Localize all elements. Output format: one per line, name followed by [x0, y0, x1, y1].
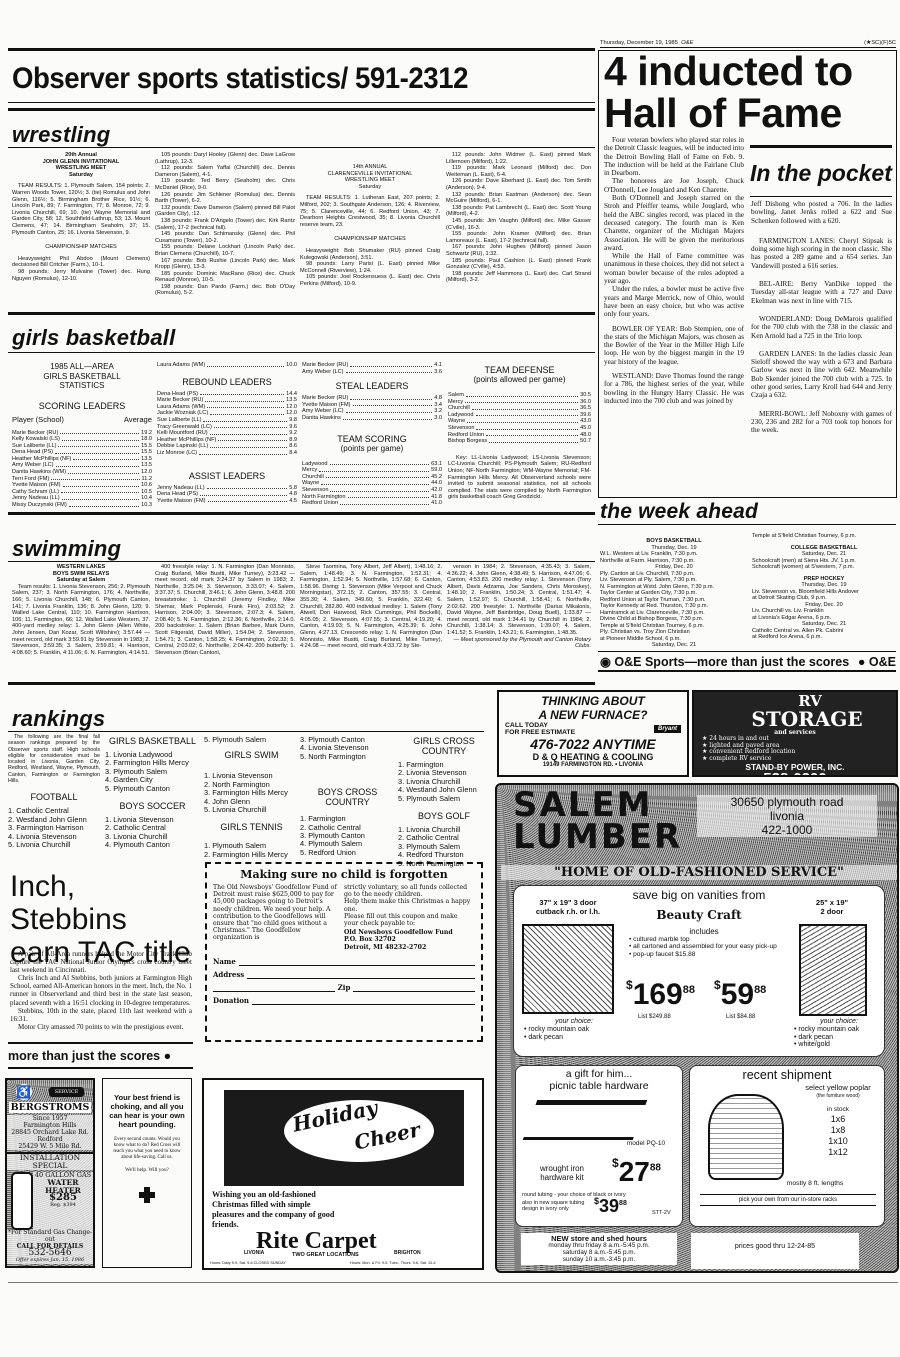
address-line: Detroit, MI 48232-2702 — [344, 944, 472, 951]
rebound-leaders-list: Dena Head (PS)14.4Marie Becker (RU)13.5L… — [157, 391, 297, 457]
salem-contact: 30650 plymouth road livonia 422-1000 — [697, 795, 877, 837]
pocket-paragraph: FARMINGTON LANES: Cheryl Stipsak is doin… — [751, 237, 892, 270]
stat-value: 44.0 — [431, 480, 442, 487]
gb-col-3: Marie Becker (RU)4.1Amy Weber (LC)3.6 ST… — [302, 362, 442, 507]
locations-label: TWO GREAT LOCATIONS — [292, 1252, 359, 1258]
stat-value: 39.6 — [580, 412, 591, 419]
bergstroms-logo: BERGSTROMS — [9, 1102, 91, 1113]
salem-address: 30650 plymouth road — [697, 795, 877, 809]
match-result: 155 pounds: John Kramer (Milford) dec. B… — [446, 231, 591, 244]
hall-of-fame-headline: 4 inducted to Hall of Fame — [604, 50, 896, 134]
stat-value: 42.0 — [431, 487, 442, 494]
rank-list-boys-soccer: 1. Livonia Stevenson2. Catholic Central3… — [105, 816, 200, 850]
week-ahead-rule — [598, 524, 896, 525]
water-heater-offer: 40 GALLON GAS WATER HEATER $285 Reg. $39… — [7, 1172, 93, 1230]
stat-row: Liz Monroe (LC)8.4 — [157, 450, 297, 457]
stat-name: Wayne — [448, 418, 465, 425]
stat-value: 4.5 — [289, 498, 297, 505]
shipment-paren: (the furniture wood) — [794, 1092, 882, 1100]
price-dollars: 39 — [599, 1196, 619, 1216]
assist-leaders-heading: ASSIST LEADERS — [157, 471, 297, 481]
coupon-form: Name Address Zip Donation — [213, 957, 475, 1005]
gift-subtitle: picnic table hardware — [516, 1080, 682, 1092]
banner-text: O&E Sports—more than just the scores — [614, 655, 849, 669]
stat-row: Amy Weber (LC)3.6 — [302, 369, 442, 376]
include-item: pop-up faucet $15.88 — [633, 951, 695, 958]
stat-value: 36.0 — [580, 399, 591, 406]
story-paragraph: Both O'Donnell and Joseph starred on the… — [604, 194, 744, 252]
stat-row: Danita Hawkins3.0 — [302, 415, 442, 422]
heading-line: Saturday at Salem — [12, 577, 150, 584]
heading-line: WRESTLING MEET — [300, 177, 440, 184]
livonia-hours: Hours: Daily 9-9, Sat. 9-6 CLOSED SUNDAY — [210, 1261, 286, 1265]
stat-value: 3.6 — [434, 369, 442, 376]
pocket-paragraph: GARDEN LANES: In the ladies classic Jean… — [751, 350, 892, 400]
stat-row: Redford Union41.0 — [302, 500, 442, 507]
schedule-item: Temple at S'field Christian Tourney, 6 p… — [752, 533, 896, 540]
heading-line: CLARENCEVILLE INVITATIONAL — [300, 171, 440, 178]
stat-value: 10.4 — [141, 495, 152, 502]
stat-row: Marie Becker (RU)19.2 — [12, 430, 152, 437]
price-dollars: 27 — [619, 1156, 650, 1187]
heading-line: Saturday — [300, 184, 440, 191]
stat-value: 63.1 — [431, 461, 442, 468]
banner-tag: O&E — [869, 655, 896, 669]
ad-callout: CALL TODAYFOR FREE ESTIMATE Bryant — [499, 722, 687, 736]
price-dollars: 59 — [721, 978, 754, 1011]
stat-name: Stevenson — [448, 425, 474, 432]
service-van-icon: SERVICE — [49, 1087, 85, 1097]
address-line: 25429 W. 5 Mile Rd. — [7, 1143, 93, 1150]
masthead-rule-top — [8, 48, 595, 51]
stat-name: Laura Adams (WM) — [157, 404, 205, 411]
goodfellow-coupon: Making sure no child is forgotten The Ol… — [205, 862, 483, 1042]
choice-label: your choice: — [524, 1018, 624, 1026]
bullet-icon: ● — [858, 655, 866, 669]
stat-name: Amy Weber (LC) — [12, 462, 54, 469]
stat-row: Marie Becker (RU)4.1 — [302, 362, 442, 369]
stat-value: 4.8 — [434, 395, 442, 402]
rv-storage-ad: RV STORAGE and services ★ 24 hours in an… — [692, 690, 898, 777]
pocket-paragraph: Jeff Dishong who posted a 706. In the la… — [751, 200, 892, 225]
stat-row: Stevenson42.0 — [302, 487, 442, 494]
rank-tennis-tail: 3. Plymouth Canton4. Livonia Stevenson5.… — [300, 736, 395, 761]
price-59: $5988 — [714, 978, 766, 1012]
match-result: 167 pounds: Bob Rushie (Lincoln Park) de… — [155, 258, 295, 271]
rank-item: 5. Plymouth Salem — [398, 795, 490, 803]
picnic-hardware-panel: a gift for him... picnic table hardware … — [515, 1065, 683, 1227]
stat-name: Redford Union — [302, 500, 338, 507]
zip-field[interactable] — [353, 984, 475, 992]
lumber-size: 1x8 — [794, 1125, 882, 1136]
location-line: Redford — [7, 1136, 93, 1143]
stat-row: Wayne43.0 — [448, 418, 591, 425]
rank-item: 5. Livonia Churchill — [8, 841, 100, 849]
stat-name: Jenny Nadeau (LL) — [12, 495, 60, 502]
stat-value: 3.2 — [434, 408, 442, 415]
pocket-rule — [750, 145, 892, 148]
girls-basketball-section-title: girls basketball — [12, 325, 175, 351]
offer-expires: Offer expires Jan. 15, 1986 — [7, 1257, 93, 1264]
stat-value: 15.5 — [141, 443, 152, 450]
rank-heading-boys-golf: BOYS GOLF — [398, 811, 490, 821]
bergstroms-locations: Since 1957 Farmington Hills 28845 Orchar… — [7, 1115, 93, 1150]
week-ahead-col-2: Temple at S'field Christian Tourney, 6 p… — [752, 533, 896, 641]
banner-rule-top — [598, 651, 896, 652]
feature-line: ★ complete RV service — [702, 756, 896, 763]
stat-row: Mercy36.0 — [448, 399, 591, 406]
story-paragraph: While the Hall of Fame committee was una… — [604, 252, 744, 285]
meet1-team-results: TEAM RESULTS: 1. Plymouth Salem, 154 poi… — [12, 183, 150, 236]
city-field[interactable] — [213, 984, 335, 992]
pocket-paragraph: WONDERLAND: Doug DeMarois qualified for … — [751, 315, 892, 340]
stat-value: 14.4 — [286, 391, 297, 398]
wheelchair-icon: ♿ — [16, 1084, 32, 1100]
steal-leaders-list: Marie Becker (RU)4.8Yvette Maison (FM)3.… — [302, 395, 442, 421]
stat-value: 9.2 — [289, 430, 297, 437]
product-code: STT-2V — [652, 1210, 671, 1216]
stat-row: Tracy Greenwald (LC)9.6 — [157, 424, 297, 431]
stat-name: Heather McPhillips (NF) — [157, 437, 216, 444]
stat-value: 4.8 — [289, 491, 297, 498]
rankings-section-title: rankings — [12, 706, 105, 732]
week-ahead-col-1: BOYS BASKETBALLThursday, Dec. 19W.L. Wes… — [600, 533, 748, 649]
size: 37" x 19" 3 door — [518, 898, 618, 907]
stat-value: 19.2 — [141, 430, 152, 437]
banner-partial: more than just the scores ● — [8, 1049, 171, 1063]
stat-name: Cathy Schram (LL) — [12, 489, 59, 496]
swim-results: 400 freestyle relay: 1. N. Farmington (D… — [155, 564, 295, 656]
kit-label: wrought iron hardware kit — [524, 1164, 600, 1182]
team-scoring-list: Ladywood63.1Mercy59.0Churchill45.2Wayne4… — [302, 461, 442, 507]
stat-row: Redford Union48.0 — [448, 432, 591, 439]
stat-name: Churchill — [302, 474, 324, 481]
redcross-headline: Your best friend is choking, and all you… — [109, 1093, 185, 1129]
stat-value: 10.5 — [141, 489, 152, 496]
shipment-details: select yellow poplar (the furniture wood… — [794, 1084, 882, 1158]
coupon-right-text: strictly voluntary, so all funds collect… — [344, 884, 472, 951]
stat-row: Heather McPhillips (NF)8.9 — [157, 437, 297, 444]
left-choices: your choice: • rocky mountain oak • dark… — [524, 1018, 624, 1041]
hall-of-fame-story: Four veteran bowlers who played star rol… — [604, 136, 744, 405]
address-label: Address — [213, 970, 244, 979]
lengths-note: mostly 8 ft. lengths — [750, 1180, 880, 1187]
meet1-heading: 20th Annual JOHN GLENN INVITATIONAL WRES… — [12, 152, 150, 178]
name-label: Name — [213, 957, 236, 966]
dateline: Thursday, December 19, 1985 O&E (★SC)(F)… — [600, 40, 896, 48]
right-choices: your choice: • rocky mountain oak • dark… — [794, 1018, 884, 1049]
includes-list: includes • cultured marble top • all car… — [629, 928, 779, 958]
match-result: 126 pounds: Dave Eberhard (L. East) dec.… — [446, 178, 591, 191]
price-cents: 88 — [619, 1200, 627, 1207]
bullet-icon: ● — [164, 1049, 172, 1063]
name-field[interactable] — [239, 958, 475, 966]
vanity-3door-illustration — [522, 924, 614, 1014]
masthead-rule-bottom — [8, 108, 595, 111]
hours-title: NEW store and shed hours — [523, 1235, 675, 1242]
lumber-size: 1x6 — [794, 1114, 882, 1125]
team-defense-heading: TEAM DEFENSE — [448, 365, 591, 375]
page-bottom-rule — [8, 1282, 898, 1283]
stat-name: Marie Becker (RU) — [302, 362, 348, 369]
rankings-intro: The following are the final fall season … — [8, 734, 100, 784]
stat-row: Dena Head (PS)14.4 — [157, 391, 297, 398]
scoring-leaders-heading: SCORING LEADERS — [12, 401, 152, 411]
heading-line: Saturday — [12, 172, 150, 179]
stat-row: Heather McPhillips (NF)13.5 — [12, 456, 152, 463]
heading-line: JOHN GLENN INVITATIONAL — [12, 159, 150, 166]
bergstroms-phone: 532-5646 — [7, 1250, 93, 1257]
size-sub: 2 door — [784, 907, 880, 916]
stat-row: Marie Becker (RU)4.8 — [302, 395, 442, 402]
stat-row: Jenny Nadeau (LL)10.4 — [12, 495, 152, 502]
rank-list-boys-cross-country: 1. Farmington2. Catholic Central3. Plymo… — [300, 815, 395, 857]
stat-name: Terri Ford (FM) — [12, 476, 49, 483]
donation-field[interactable] — [252, 997, 475, 1005]
story-paragraph: Chris Inch and Al Stebbins, both juniors… — [10, 974, 192, 1006]
stat-row: Amy Weber (LC)3.2 — [302, 408, 442, 415]
stat-row: Ladywood39.6 — [448, 412, 591, 419]
scoring-leaders-list: Marie Becker (RU)19.2Kelly Kowalski (LS)… — [12, 430, 152, 509]
stat-value: 10.3 — [141, 502, 152, 509]
match-result: 119 pounds: Mark Leonard (Milford) dec. … — [446, 165, 591, 178]
swimming-section-title: swimming — [12, 536, 121, 562]
shipment-title: recent shipment — [690, 1068, 884, 1082]
stat-row: Laura Adams (WM)12.0 — [157, 404, 297, 411]
ad-line: A NEW FURNACE? — [499, 708, 687, 722]
choice-label: your choice: — [794, 1018, 884, 1026]
rank-item: 5. Livonia Churchill — [204, 806, 299, 814]
coupon-text: strictly voluntary, so all funds collect… — [344, 884, 472, 898]
heading-line: WESTERN LAKES — [12, 564, 150, 571]
stat-row: Amy Weber (LC)13.5 — [12, 462, 152, 469]
heading-line: 14th ANNUAL — [300, 164, 440, 171]
rank-item: 2. Farmington Hills Mercy — [204, 851, 299, 859]
address-field[interactable] — [247, 971, 475, 979]
tac-story: A pair of All-Area runners helped the Mo… — [10, 950, 192, 1031]
rank-heading-girls-cross-country: GIRLS CROSS COUNTRY — [398, 736, 490, 756]
swim-col-1: WESTERN LAKES BOYS SWIM RELAYS Saturday … — [12, 564, 150, 656]
bergstroms-ad: ♿ SERVICE BERGSTROMS Since 1957 Farmingt… — [5, 1078, 95, 1268]
wrestling-bottom-rule — [8, 312, 595, 315]
match-result: 112 pounds: Salem Yaffai (Churchill) dec… — [155, 165, 295, 178]
match-result: 198 pounds: Dan Pardo (Farm.) dec. Bob O… — [155, 284, 295, 297]
stat-name: Mercy — [448, 399, 463, 406]
stats-title: 1985 ALL—AREA GIRLS BASKETBALL STATISTIC… — [12, 362, 152, 391]
holiday-wish: Wishing you an old-fashioned Christmas f… — [212, 1190, 342, 1230]
bergstroms-footer: *For Standard Gas Change-out CALL FOR DE… — [7, 1230, 93, 1264]
service-row: ♿ SERVICE — [7, 1084, 93, 1100]
match-result: 119 pounds: Ted Berry (Seaholm) dec. Chr… — [155, 178, 295, 191]
lumber-size: 1x12 — [794, 1147, 882, 1158]
rank-heading-football: FOOTBALL — [8, 792, 100, 802]
zip-label: Zip — [338, 983, 351, 992]
ad-phone: 538-0200 — [694, 772, 896, 777]
week-ahead-title: the week ahead — [600, 500, 758, 524]
stat-name: Dena Head (PS) — [157, 391, 198, 398]
price-169: $16988 — [626, 978, 695, 1012]
stat-name: Danita Hawkins (WM) — [12, 469, 66, 476]
include-item: all cartoned and assembled for your easy… — [633, 943, 777, 950]
stat-name: Yvette Maison (FM) — [157, 498, 206, 505]
red-cross-logo-icon — [139, 1187, 155, 1203]
rank-soccer-tail: 5. Plymouth Salem — [204, 736, 299, 744]
match-result: 138 pounds: Frank D'Angelo (Tower) dec. … — [155, 218, 295, 231]
match-result: 185 pounds: Paul Cashion (L. East) pinne… — [446, 258, 591, 271]
stat-name: Ladywood — [302, 461, 328, 468]
stat-row: Churchill36.5 — [448, 405, 591, 412]
stat-name: Amy Weber (LC) — [302, 408, 344, 415]
story-paragraph: BOWLER OF YEAR: Bob Stempien, one of the… — [604, 325, 744, 366]
stat-name: Yvette Maison (FM) — [12, 482, 61, 489]
stat-row: Yvette Maison (FM)3.4 — [302, 402, 442, 409]
rank-heading-boys-cross-country: BOYS CROSS COUNTRY — [300, 787, 395, 807]
rank-item: 5. Plymouth Salem — [204, 736, 299, 744]
salem-city: livonia — [697, 809, 877, 823]
brand-logo: Beauty Craft — [629, 908, 769, 922]
ad-line: FOR FREE ESTIMATE — [505, 729, 575, 736]
stat-value: 15.5 — [141, 449, 152, 456]
square-tubing-note: also in new square tubing design in ivor… — [522, 1200, 592, 1213]
include-item: cultured marble top — [633, 936, 689, 943]
match-result: 112 pounds: John Widmer (L. East) pinned… — [446, 152, 591, 165]
assist-leaders-tail: Marie Becker (RU)4.1Amy Weber (LC)3.6 — [302, 362, 442, 375]
swim-col-4: venson in 1984; 2. Stevenson, 4:35.43; 3… — [447, 564, 591, 650]
paper-name: O&E — [681, 40, 693, 46]
stat-name: Marie Becker (RU) — [157, 397, 203, 404]
match-result: Heavyweight: Phil Abdoo (Mount Clemens) … — [12, 256, 150, 269]
match-result: 145 pounds: Dan Schimansky (Glenn) dec. … — [155, 231, 295, 244]
stat-name: Heather McPhillips (NF) — [12, 456, 71, 463]
since-line: Since 1957 — [7, 1115, 93, 1122]
schedule-item: Schoolcraft (women) at S'western, 7 p.m. — [752, 564, 896, 571]
prices-good-note: prices good thru 12-24-85 — [691, 1233, 859, 1269]
match-result: 126 pounds: Jim Schlener (Romulus) dec. … — [155, 192, 295, 205]
rite-carpet-logo: Rite Carpet — [256, 1228, 377, 1255]
match-result: 198 pounds: Jeff Hammons (L. East) dec. … — [446, 271, 591, 284]
ad-company: D & Q HEATING & COOLING — [499, 752, 687, 762]
girls-basketball-bottom-rule — [8, 512, 595, 515]
bullet-icon: ◉ — [600, 655, 611, 669]
stat-row: Cathy Schram (LL)10.5 — [12, 489, 152, 496]
stat-name: Dena Head (PS) — [157, 491, 198, 498]
story-paragraph: Under the rules, a bowler must be active… — [604, 285, 744, 318]
stat-row: Missy Duczynski (FM)10.3 — [12, 502, 152, 509]
stat-row: Dena Head (PS)15.5 — [12, 449, 152, 456]
in-stock-label: in stock — [794, 1106, 882, 1114]
swim-col-3: Steve Taormina, Tony Albert, Jeff Albert… — [300, 564, 442, 650]
masthead-title: Observer sports statistics/ 591-2312 — [12, 62, 468, 96]
story-paragraph: The honorees are Joe Joseph, Chuck O'Don… — [604, 177, 744, 194]
salem-logo: SALEM LUMBER — [513, 789, 703, 853]
brighton-hours: Hours: Mon. & Fri. 9-9, Tues., Thurs. 9-… — [350, 1261, 436, 1265]
gb-col-4: TEAM DEFENSE (points allowed per game) S… — [448, 362, 591, 501]
stat-name: North Farmington — [302, 494, 346, 501]
stat-name: Amy Weber (LC) — [302, 369, 344, 376]
price-39: $3988 — [594, 1196, 627, 1217]
date: Thursday, December 19, 1985 — [600, 40, 678, 46]
heading-line: WRESTLING MEET — [12, 165, 150, 172]
stat-row: Jenny Nadeau (LL)5.8 — [157, 485, 297, 492]
stat-name: Jackie Wozniak (LC) — [157, 410, 208, 417]
stat-name: Liz Monroe (LC) — [157, 450, 197, 457]
stat-name: Debbie Lapinski (LL) — [157, 443, 208, 450]
col-average: Average — [124, 415, 152, 424]
rank-list-girls-cross-country: 1. Farmington2. Livonia Stevenson3. Livo… — [398, 761, 490, 803]
stat-value: 9.6 — [289, 424, 297, 431]
rank-item: 5. Plymouth Canton — [105, 785, 200, 793]
rank-heading-girls-swim: GIRLS SWIM — [204, 750, 299, 760]
stat-name: Bishop Borgess — [448, 438, 487, 445]
assist-leaders-list: Jenny Nadeau (LL)5.8Dena Head (PS)4.8Yve… — [157, 485, 297, 505]
team-scoring-sub: (points per game) — [302, 444, 442, 453]
stat-value: 11.2 — [142, 476, 152, 483]
rankings-col-5: GIRLS CROSS COUNTRY 1. Farmington2. Livo… — [398, 736, 490, 868]
wrestling-col-2: 105 pounds: Daryl Hooley (Glenn) dec. Da… — [155, 152, 295, 297]
school-key: Key: LL-Livonia Ladywood; LS-Livonia Ste… — [448, 455, 591, 501]
coupon-title: Making sure no child is forgotten — [213, 868, 475, 881]
stat-row: Bishop Borgess50.7 — [448, 438, 591, 445]
stat-value: 18.0 — [141, 436, 152, 443]
location-line: Farmington Hills — [7, 1122, 93, 1129]
stat-row: Sue Laliberte (LL)9.8 — [157, 417, 297, 424]
rv-features: ★ 24 hours in and out ★ lighted and pave… — [694, 736, 896, 762]
stat-value: 50.7 — [580, 438, 591, 445]
stat-row: Danita Hawkins (WM)12.0 — [12, 469, 152, 476]
stat-row: Wayne44.0 — [302, 480, 442, 487]
ad-phone: 476-7022 ANYTIME — [499, 736, 687, 752]
rank-list-girls-basketball: 1. Livonia Ladywood2. Farmington Hills M… — [105, 751, 200, 793]
scoring-leaders-tail: Laura Adams (WM)10.0 — [157, 362, 297, 369]
heading-line: 20th Annual — [12, 152, 150, 159]
address-line: P.O. Box 32702 — [344, 936, 472, 943]
stat-value: 4.1 — [434, 362, 442, 369]
team-defense-sub: (points allowed per game) — [448, 375, 591, 384]
includes-heading: includes — [629, 928, 779, 936]
banner-partial-rule — [8, 1067, 193, 1069]
red-cross-ad: Your best friend is choking, and all you… — [102, 1078, 192, 1268]
stat-name: Ladywood — [448, 412, 474, 419]
redcross-body: Every second counts. Would you know what… — [109, 1137, 185, 1161]
stat-value: 48.0 — [580, 432, 591, 439]
stat-name: Wayne — [302, 480, 319, 487]
rite-carpet-ad: Holiday Cheer Wishing you an old-fashion… — [202, 1078, 484, 1270]
girls-basketball-rule — [8, 352, 595, 353]
brand-logo: Bryant — [654, 725, 681, 733]
rank-item: 4. Plymouth Canton — [105, 841, 200, 849]
rankings-rule — [8, 731, 484, 732]
right-vanity-size: 25" x 19"2 door — [784, 898, 880, 916]
swim-results: Team results: 1. Livonia Stevenson, 256;… — [12, 584, 150, 657]
stat-value: 10.6 — [141, 482, 152, 489]
match-result: 105 pounds: Daryl Hooley (Glenn) dec. Da… — [155, 152, 295, 165]
stat-name: Jenny Nadeau (LL) — [157, 485, 205, 492]
stat-row: Yvette Maison (FM)10.6 — [12, 482, 152, 489]
stat-name: Mercy — [302, 467, 317, 474]
vanity-title: save big on vanities from — [614, 888, 784, 902]
swim-credit: — Meet sponsored by the Plymouth and Can… — [447, 637, 591, 650]
banner-rule-bottom — [598, 670, 896, 672]
meet1-champ-heading: CHAMPIONSHIP MATCHES — [12, 244, 150, 251]
stat-value: 3.4 — [434, 402, 442, 409]
wrestling-col-4: 112 pounds: John Widmer (L. East) pinned… — [446, 152, 591, 284]
col-player: Player (School) — [12, 415, 64, 424]
wrestling-col-3: 14th ANNUAL CLARENCEVILLE INVITATIONAL W… — [300, 160, 440, 288]
oe-sports-banner: ◉ O&E Sports—more than just the scores ●… — [600, 654, 896, 669]
match-result: 167 pounds: John Hughes (Milford) pinned… — [446, 244, 591, 257]
stat-name: Yvette Maison (FM) — [302, 402, 351, 409]
match-result: Heavyweight: Bob Shumaker (RU) pinned Cr… — [300, 248, 440, 261]
